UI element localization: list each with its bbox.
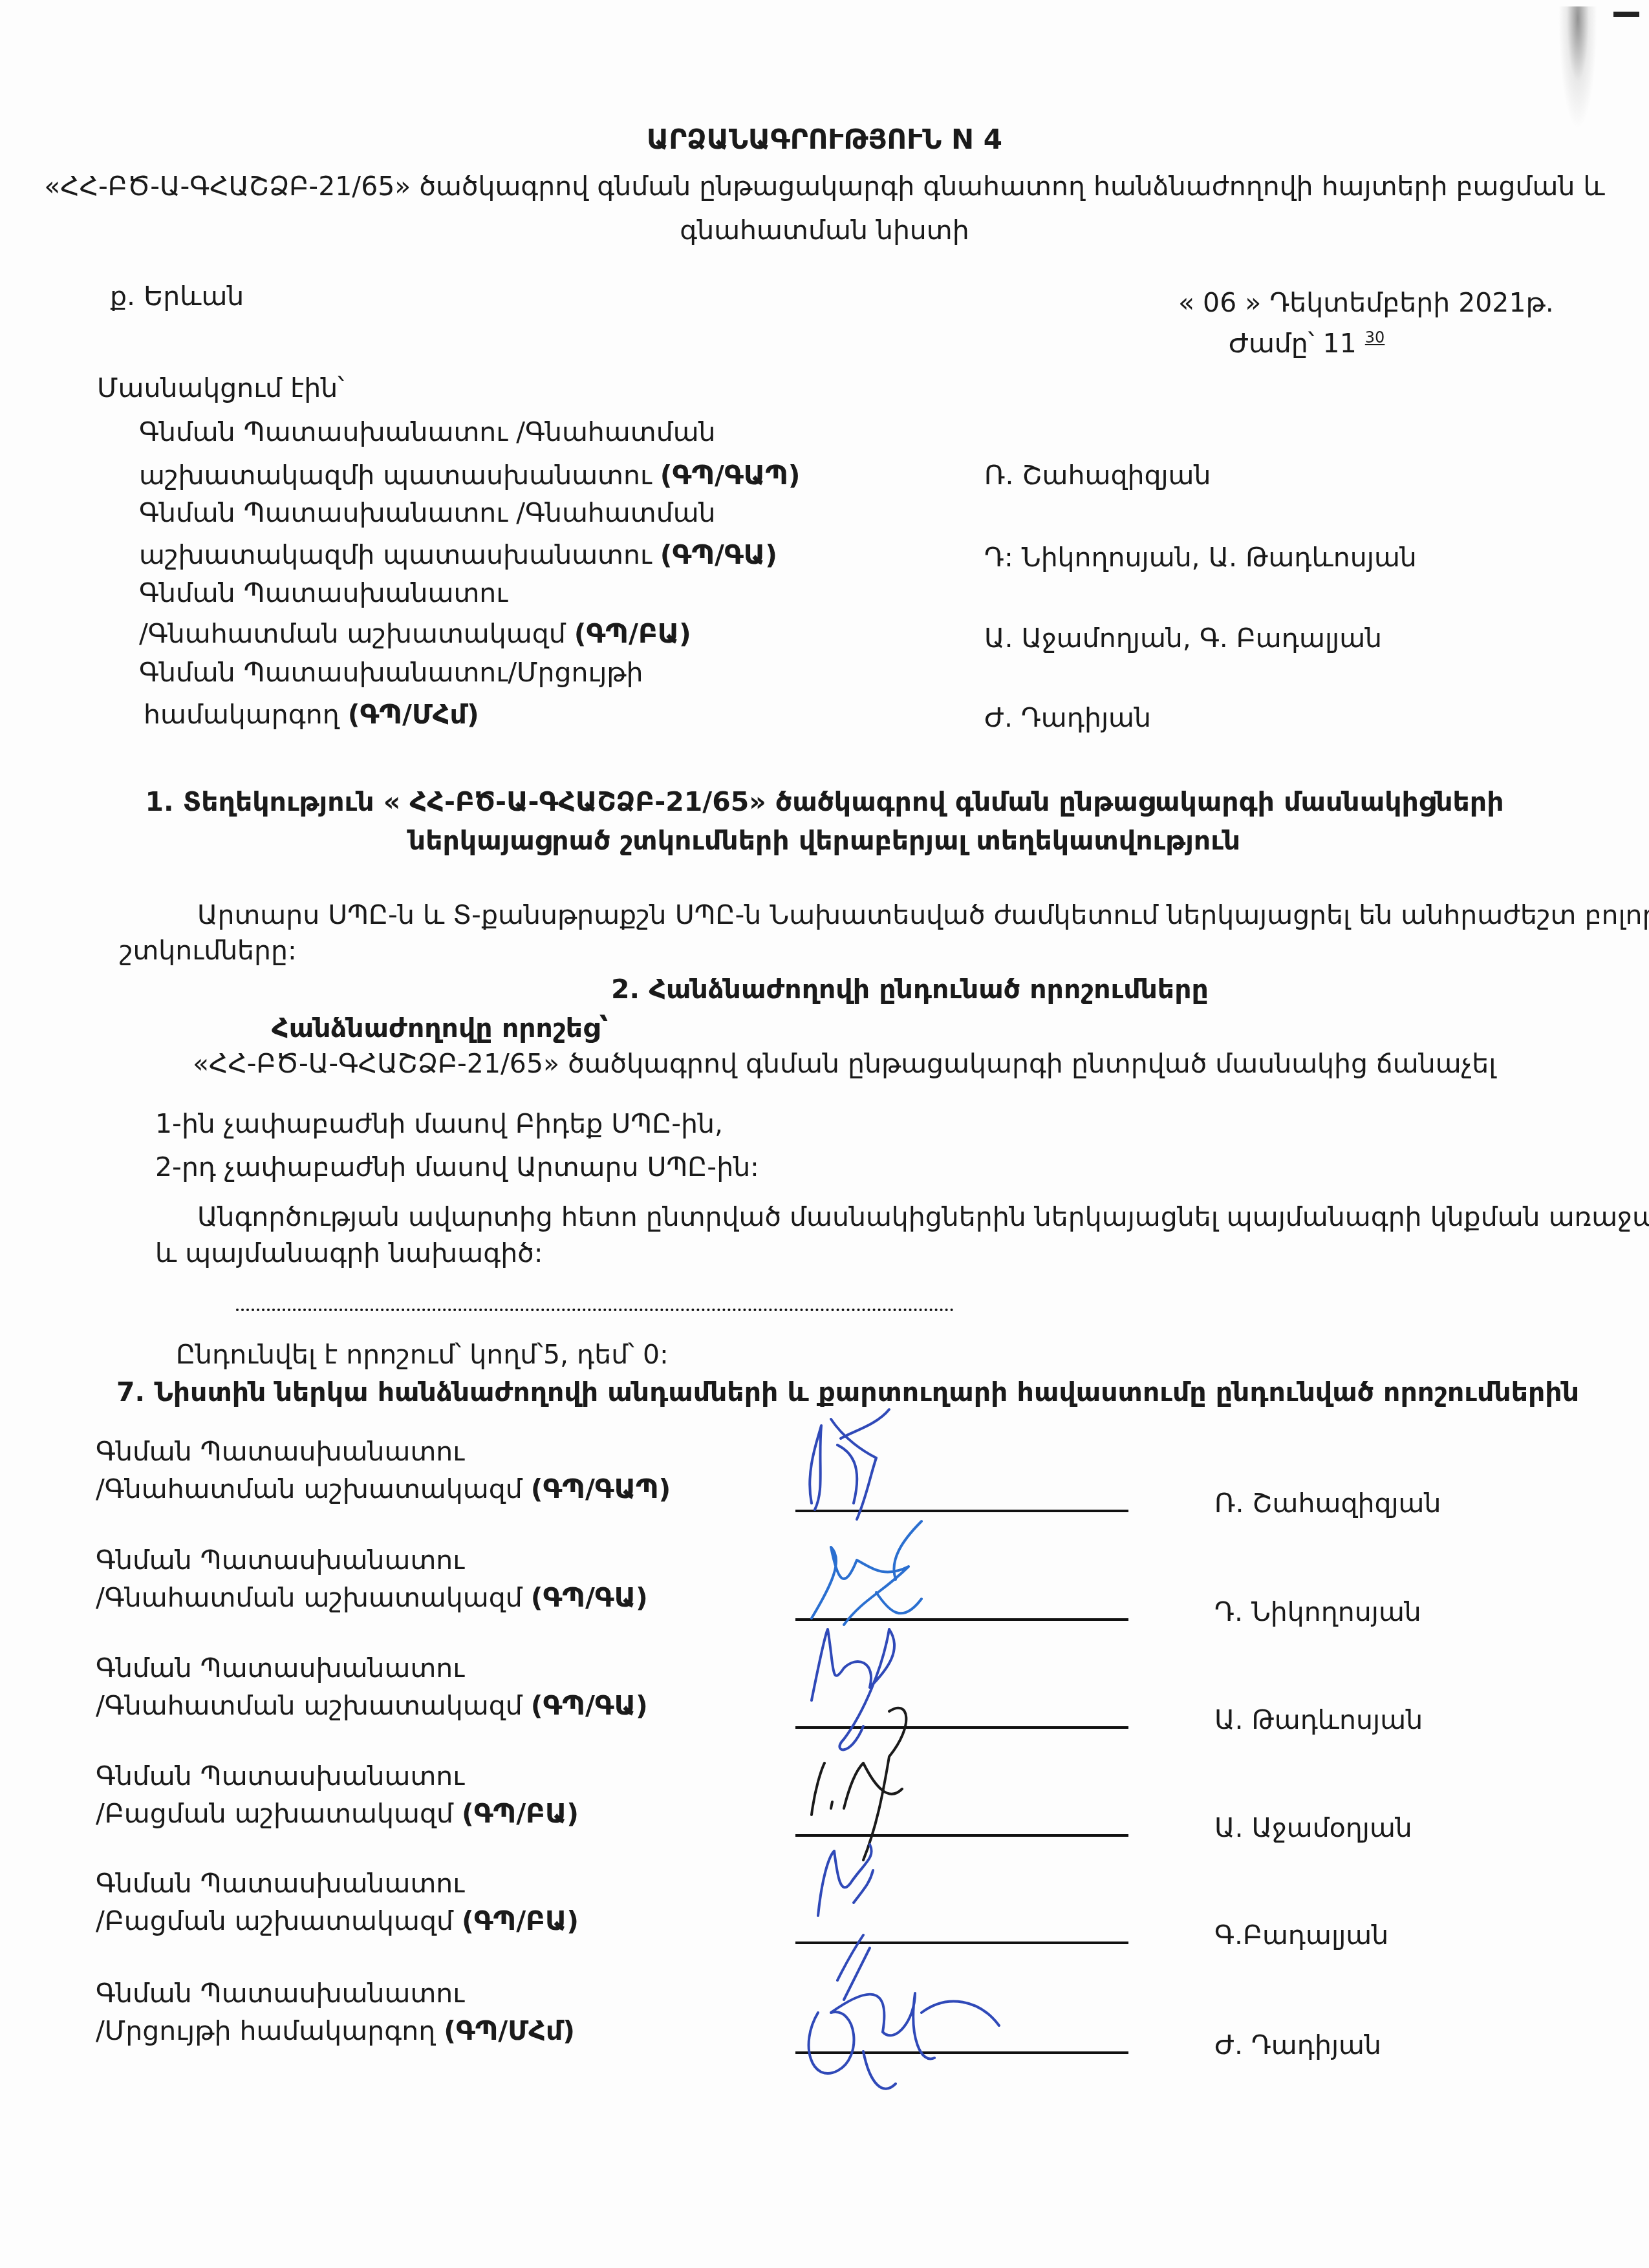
section2-heading: 2. Հանձնաժողովի ընդունած որոշումները	[611, 976, 1209, 1003]
meeting-time-hour: Ժամը՝ 11	[1229, 328, 1357, 359]
signatory-role-line2: /Մրցույթի համակարգող (ԳՊ/ՄՀմ)	[96, 2018, 575, 2044]
signatory-role-line2: /Գնահատման աշխատակազմ (ԳՊ/ԳԱ)	[96, 1693, 648, 1719]
section7-heading: 7. Նիստին ներկա հանձնաժողովի անդամների և…	[116, 1379, 1579, 1406]
document-title: ԱՐՁԱՆԱԳՐՈՒԹՅՈՒՆ N 4	[0, 126, 1649, 153]
signatory-name: Ա. Թադևոսյան	[1214, 1707, 1423, 1733]
section2-decision-lot1: 1-ին չափաբաժնի մասով Բիդեք ՍՊԸ-ին,	[155, 1111, 723, 1137]
participant-names: Ժ. Դադիյան	[984, 705, 1151, 731]
signatory-name: Գ.Բադալյան	[1214, 1922, 1388, 1949]
participant-role-line2: համակարգող (ԳՊ/ՄՀմ)	[144, 701, 479, 728]
participant-names: Դ: Նիկողոսյան, Ա. Թադևոսյան	[984, 544, 1417, 571]
signatory-name: Դ. Նիկողոսյան	[1214, 1599, 1421, 1625]
signatory-role-line1: Գնման Պատասխանատու	[96, 1547, 464, 1574]
section1-body-line2: շտկումները:	[120, 937, 297, 964]
section1-body-line1: Արտարս ՍՊԸ-ն և Տ-քանսթրաքշն ՍՊԸ-ն Նախատե…	[197, 902, 1649, 928]
scan-artifact	[1558, 6, 1597, 129]
section1-heading-line2: ներկայացրած շտկումների վերաբերյալ տեղեկա…	[0, 828, 1649, 854]
participant-role-line2: /Գնահատման աշխատակազմ (ԳՊ/ԲԱ)	[139, 621, 691, 647]
document-subtitle-line1: «ՀՀ-ԲԾ-Ա-ԳՀԱՇՁԲ-21/65» ծածկագրով գնման ը…	[0, 173, 1649, 200]
signatory-role-line1: Գնման Պատասխանատու	[96, 1870, 464, 1897]
section2-decision-lot2: 2-րդ չափաբաժնի մասով Արտարս ՍՊԸ-ին:	[155, 1154, 759, 1181]
participant-role-line1: Գնման Պատասխանատու	[139, 580, 508, 606]
scan-artifact	[1613, 12, 1639, 17]
participant-names: Ռ. Շահազիզյան	[984, 462, 1211, 489]
participant-role-line1: Գնման Պատասխանատու /Գնահատման	[139, 500, 716, 526]
section2-decision-line5: և պայմանագրի նախագիծ:	[155, 1240, 543, 1267]
meeting-time-minutes: 30	[1365, 328, 1385, 347]
section2-decided: Հանձնաժողովը որոշեց՝	[272, 1015, 608, 1042]
signatory-role-line1: Գնման Պատասխանատու	[96, 1763, 464, 1790]
meeting-time: Ժամը՝ 11 30	[1229, 330, 1385, 357]
signatory-role-line2: /Գնահատման աշխատակազմ (ԳՊ/ԳԱ)	[96, 1585, 648, 1611]
handwritten-signature	[792, 1954, 1012, 2097]
signatory-name: Ա. Աջամօղյան	[1214, 1815, 1412, 1841]
participants-heading: Մասնակցում էին՝	[97, 375, 344, 401]
signatory-role-line1: Գնման Պատասխանատու	[96, 1655, 464, 1682]
signatory-role-line2: /Բացման աշխատակազմ (ԳՊ/ԲԱ)	[96, 1908, 579, 1934]
signatory-name: Ժ. Դադիյան	[1214, 2032, 1381, 2059]
vote-result: Ընդունվել է որոշում՝ կողմ՝5, դեմ՝ 0:	[176, 1342, 669, 1368]
participant-role-line2: աշխատակազմի պատասխանատու (ԳՊ/ԳԱ)	[139, 542, 777, 568]
signatory-role-line2: /Բացման աշխատակազմ (ԳՊ/ԲԱ)	[96, 1801, 579, 1827]
document-subtitle-line2: գնահատման նիստի	[0, 217, 1649, 244]
section1-heading-line1: 1. Տեղեկություն « ՀՀ-ԲԾ-Ա-ԳՀԱՇՁԲ-21/65» …	[0, 789, 1649, 815]
participant-role-line1: Գնման Պատասխանատու /Գնահատման	[139, 419, 716, 445]
section2-decision-line1: «ՀՀ-ԲԾ-Ա-ԳՀԱՇՁԲ-21/65» ծածկագրով գնման ը…	[193, 1051, 1496, 1077]
signatory-role-line1: Գնման Պատասխանատու	[96, 1980, 464, 2007]
participant-names: Ա. Աջամողյան, Գ. Բադալյան	[984, 625, 1382, 652]
section2-decision-line4: Անգործության ավարտից հետո ընտրված մասնակ…	[197, 1204, 1649, 1230]
meeting-date: « 06 » Դեկտեմբերի 2021թ.	[1178, 290, 1554, 316]
signatory-role-line1: Գնման Պատասխանատու	[96, 1439, 464, 1465]
city: ք. Երևան	[110, 283, 244, 310]
signatory-name: Ռ. Շահազիզյան	[1214, 1490, 1441, 1517]
signatory-role-line2: /Գնահատման աշխատակազմ (ԳՊ/ԳԱՊ)	[96, 1476, 671, 1503]
participant-role-line1: Գնման Պատասխանատու/Մրցույթի	[139, 659, 643, 686]
separator-dashed-line	[236, 1309, 954, 1311]
participant-role-line2: աշխատակազմի պատասխանատու (ԳՊ/ԳԱՊ)	[139, 462, 800, 489]
